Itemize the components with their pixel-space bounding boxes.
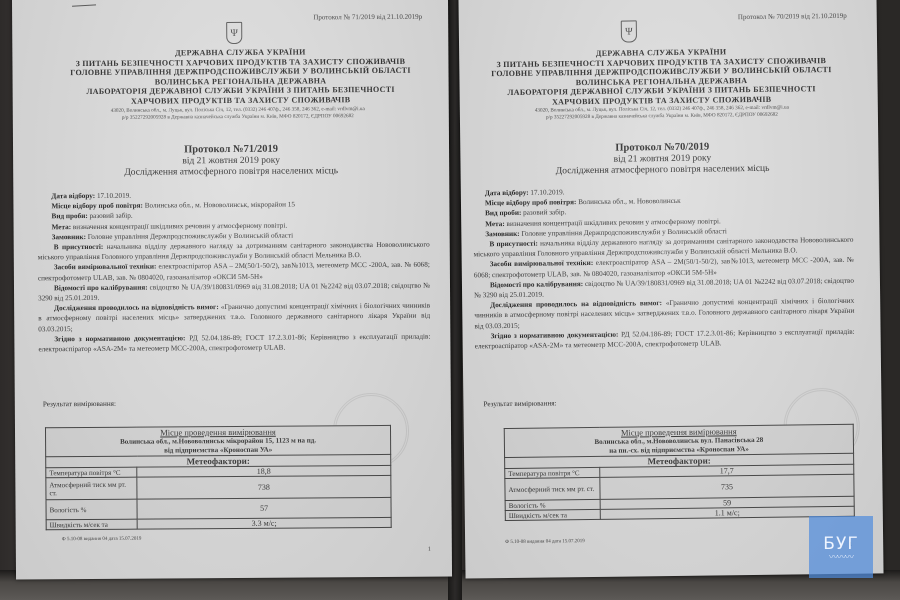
table-row: Вологість %57	[46, 497, 391, 519]
field-value: Головне управління Держпродспоживслужби …	[88, 231, 293, 240]
field-value: визначення концентрації шкідливих речови…	[73, 221, 287, 230]
row-label: Температура повітря °С	[46, 467, 137, 478]
field-value: разовий забір.	[523, 209, 566, 218]
organization-header: ДЕРЖАВНА СЛУЖБА УКРАЇНИ З ПИТАНЬ БЕЗПЕЧН…	[459, 46, 864, 108]
field-label: Дата відбору:	[485, 189, 529, 198]
pen-mark	[72, 4, 96, 6]
place-cell: Місце проведення вимірювання Волинська о…	[504, 424, 853, 457]
trident-coat-of-arms-icon: Ψ	[226, 22, 242, 44]
row-value: 738	[137, 475, 391, 499]
document-reference: Протокол № 70/2019 від 21.10.2019р	[738, 12, 847, 21]
result-label: Результат вимірювання:	[43, 400, 116, 409]
field-label: Відомості про калібрування:	[490, 280, 583, 289]
protocol-body: Дата відбору: 17.10.2019. Місце відбору …	[51, 189, 429, 243]
field-label: Відомості про калібрування:	[54, 283, 148, 292]
field-label: В присутності:	[54, 243, 104, 251]
field-label: Мета:	[52, 223, 72, 231]
measurement-table: Місце проведення вимірювання Волинська о…	[504, 424, 855, 521]
field-value: 17.10.2019.	[530, 188, 564, 196]
row-value: 3.3 м/с;	[137, 517, 391, 529]
field-label: Дослідження проводилось на відповідність…	[54, 303, 219, 312]
row-label: Атмосферний тиск мм рт. ст.	[505, 477, 600, 500]
field-label: Дата відбору:	[51, 192, 95, 200]
table-row: Атмосферний тиск мм рт. ст.738	[46, 475, 391, 499]
form-footer-note: Ф 5.10-08 видання 04 дата 15.07.2019	[62, 537, 142, 543]
field-value: разовий забір.	[90, 212, 133, 220]
protocol-document-71: Протокол № 71/2019 від 21.10.2019р Ψ ДЕР…	[12, 0, 452, 580]
protocol-title-block: Протокол №70/2019 від 21 жовтня 2019 рок…	[460, 140, 864, 179]
row-label: Швидкість м/сек та	[505, 509, 600, 520]
field-value: Волинська обл., м. Нововолинськ	[578, 197, 681, 206]
page-number: 1	[428, 547, 431, 553]
trident-coat-of-arms-icon: Ψ	[621, 20, 637, 42]
field-label: Згідно з нормативною документацією:	[491, 330, 619, 340]
field-label: В присутності:	[489, 240, 537, 249]
field-label: Місце відбору проб повітря:	[51, 202, 143, 211]
protocol-document-70: Протокол № 70/2019 від 21.10.2019р Ψ ДЕР…	[458, 0, 883, 579]
field-value: 17.10.2019.	[97, 192, 131, 200]
row-value: 735	[600, 474, 854, 499]
protocol-title-block: Протокол №71/2019 від 21 жовтня 2019 рок…	[13, 142, 449, 179]
row-label: Швидкість м/сек та	[46, 519, 137, 530]
field-label: Дослідження проводилось на відповідність…	[490, 299, 662, 309]
field-label: Місце відбору проб повітря:	[485, 198, 577, 207]
bug-news-watermark-logo: БУГ 〰〰〰	[809, 516, 873, 578]
field-label: Замовник:	[52, 233, 86, 241]
field-label: Замовник:	[485, 230, 519, 238]
field-label: Засоби вимірювальної техніки:	[490, 259, 594, 268]
field-label: Вид проби:	[485, 209, 521, 217]
field-label: Засоби вимірювальної техніки:	[54, 263, 157, 272]
watermark-text: БУГ	[823, 534, 858, 554]
place-cell: Місце проведення вимірювання Волинська о…	[45, 425, 390, 456]
form-footer-note: Ф 5.10-08 видання 04 дата 15.07.2019	[505, 539, 585, 545]
organization-address: 43020, Волинська обл., м. Луцьк, вул. По…	[27, 105, 449, 122]
row-label: Вологість %	[46, 499, 137, 520]
field-value: Волинська обл., м. Нововолинськ, мікрора…	[145, 201, 295, 210]
protocol-body-details: В присутності: начальника відділу держав…	[38, 240, 431, 355]
result-label: Результат вимірювання:	[483, 399, 556, 408]
field-label: Згідно з нормативною документацією:	[54, 334, 185, 343]
organization-header: ДЕРЖАВНА СЛУЖБА УКРАЇНИ З ПИТАНЬ БЕЗПЕЧН…	[32, 46, 448, 106]
row-value: 57	[137, 497, 391, 519]
protocol-body: Дата відбору: 17.10.2019. Місце відбору …	[485, 184, 858, 240]
row-label: Атмосферний тиск мм рт. ст.	[46, 477, 137, 500]
field-label: Вид проби:	[51, 212, 87, 220]
field-label: Мета:	[485, 220, 505, 228]
measurement-table: Місце проведення вимірювання Волинська о…	[45, 425, 392, 530]
protocol-study: Дослідження атмосферного повітря населен…	[13, 165, 449, 179]
table-row: Швидкість м/сек та3.3 м/с;	[46, 517, 391, 529]
wave-icon: 〰〰〰	[829, 554, 853, 561]
protocol-body-details: В присутності: начальника відділу держав…	[473, 235, 854, 352]
document-reference: Протокол № 71/2019 від 21.10.2019р	[313, 13, 422, 22]
